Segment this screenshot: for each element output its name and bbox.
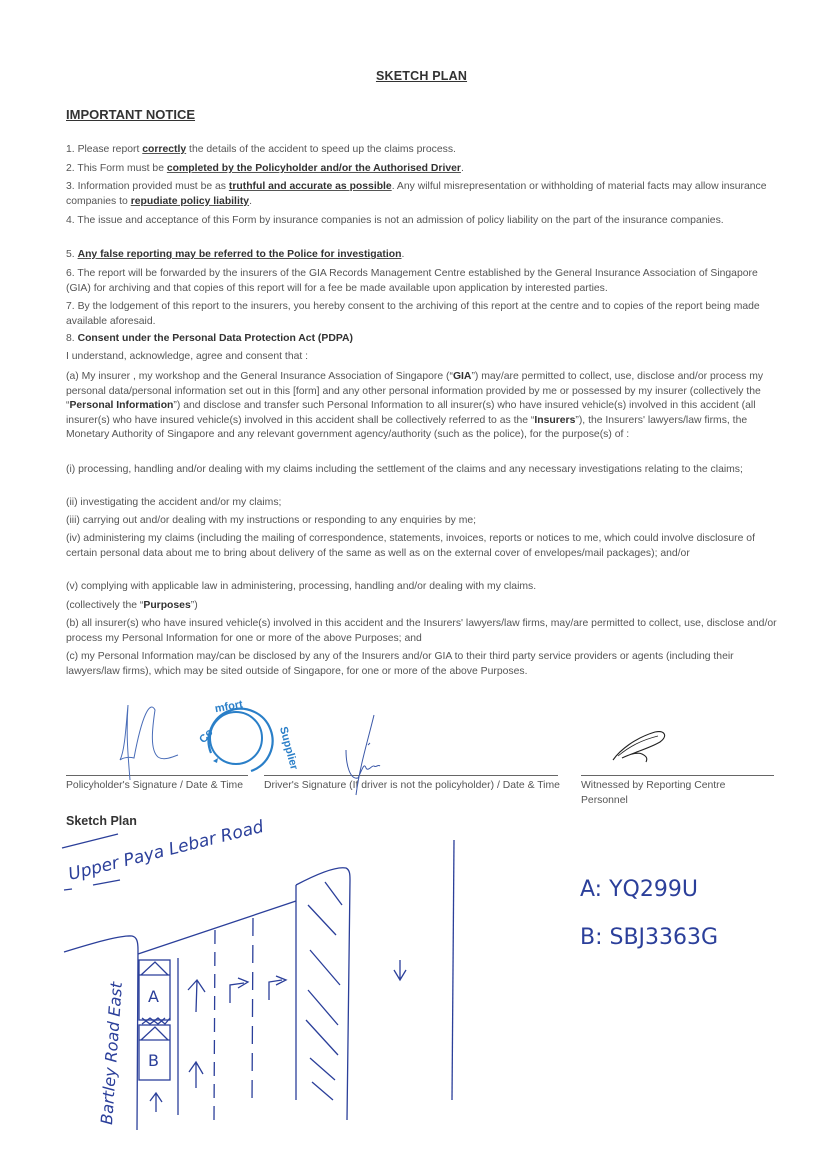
plate-a: A: YQ299U — [580, 877, 698, 902]
road-label-top: Upper Paya Lebar Road — [66, 817, 265, 885]
vehicle-b-label: B — [148, 1051, 159, 1070]
plate-b: B: SBJ3363G — [580, 925, 718, 950]
sketch-drawing: A B Upper Paya Lebar Road Bartley Road E… — [0, 0, 827, 1169]
road-label-side: Bartley Road East — [97, 981, 126, 1126]
vehicle-a-label: A — [148, 987, 159, 1006]
